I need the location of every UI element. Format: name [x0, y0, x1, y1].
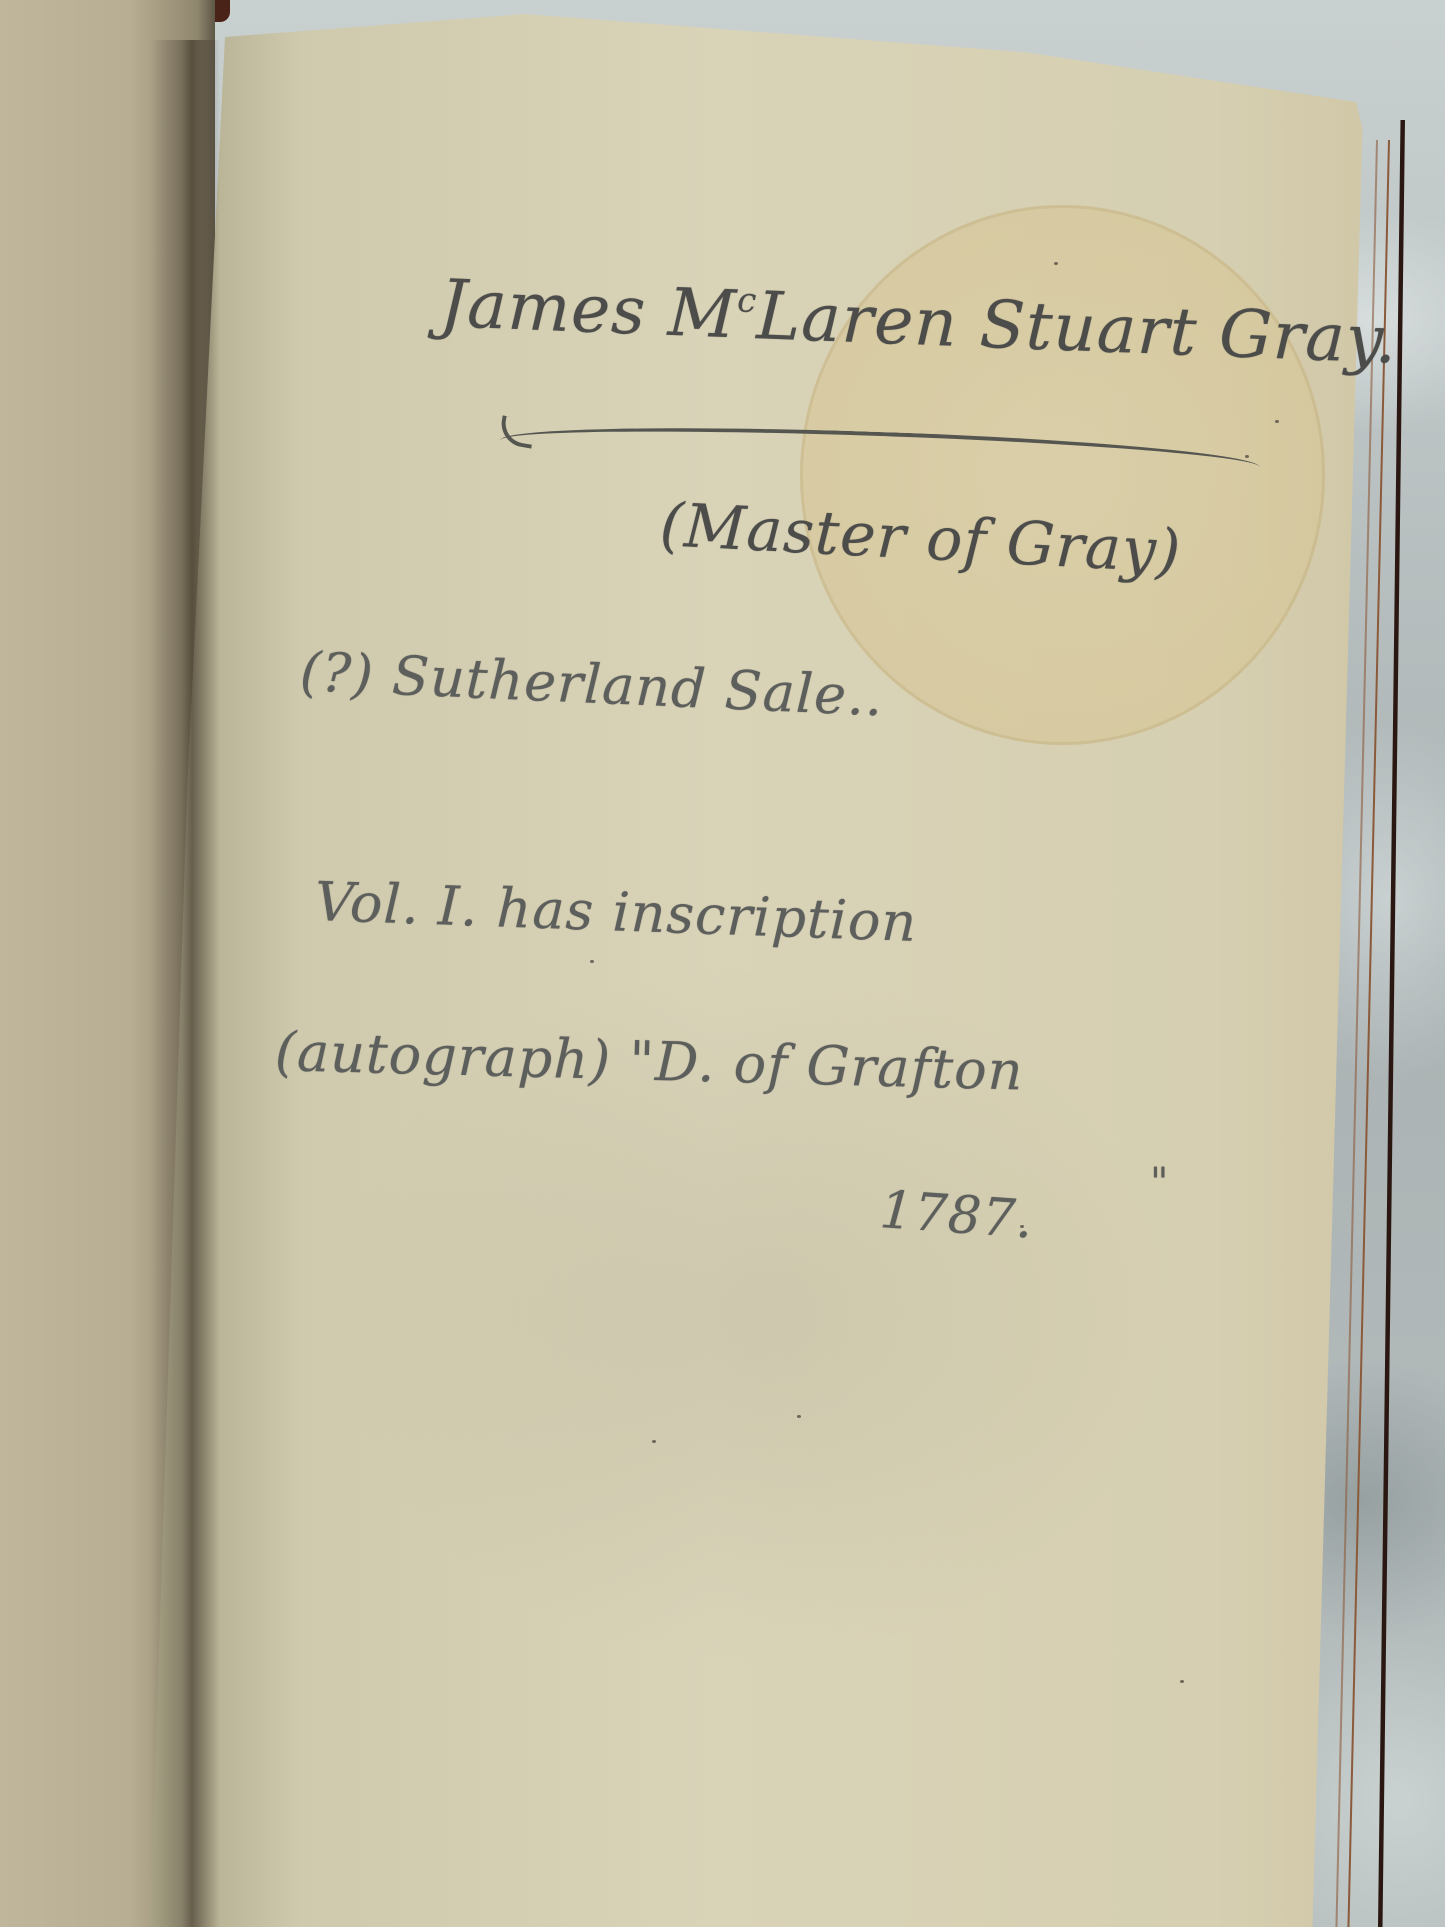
owner-surname-prefix: M	[667, 274, 738, 354]
owner-first-name: James	[439, 265, 648, 350]
owner-surname-prefix-superscript: c	[736, 280, 758, 321]
book-gutter-shadow	[150, 40, 220, 1927]
inscription-year: 1787.	[878, 1180, 1036, 1251]
closing-quotation-mark: "	[1150, 1160, 1169, 1206]
